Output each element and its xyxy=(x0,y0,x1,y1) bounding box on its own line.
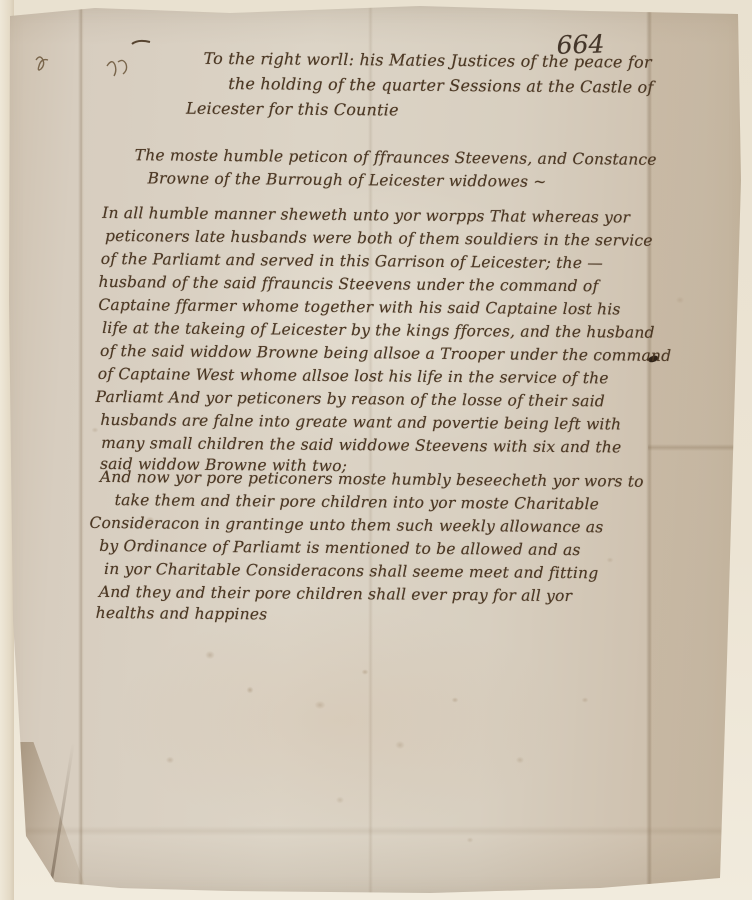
address-line: the holding of the quarter Sessions at t… xyxy=(228,74,653,97)
manuscript-leaf: 664 To the right worll: his Maties Justi… xyxy=(0,0,752,900)
body-line: of the said widdow Browne being allsoe a… xyxy=(100,342,671,365)
body-line: life at the takeing of Leicester by the … xyxy=(102,319,655,342)
handwritten-text-layer: 664 To the right worll: his Maties Justi… xyxy=(0,0,752,900)
body-line: And they and their pore children shall e… xyxy=(99,583,572,605)
body-line: of the Parliamt and served in this Garri… xyxy=(101,250,603,272)
title-line: Browne of the Burrough of Leicester widd… xyxy=(147,169,546,190)
body-line: husband of the said ffrauncis Steevens u… xyxy=(99,273,599,295)
body-line: In all humble manner sheweth unto yor wo… xyxy=(102,204,630,227)
address-line: To the right worll: his Maties Justices … xyxy=(203,49,651,72)
title-line: The moste humble peticon of ffraunces St… xyxy=(135,146,657,169)
body-line: of Captaine West whome allsoe lost his l… xyxy=(98,365,609,387)
body-line: Consideracon in grantinge unto them such… xyxy=(89,514,603,536)
body-line: Captaine ffarmer whome together with his… xyxy=(98,296,620,319)
body-line: take them and their pore children into y… xyxy=(115,491,600,513)
manuscript-photo: 664 To the right worll: his Maties Justi… xyxy=(0,0,752,900)
body-line: by Ordinance of Parliamt is mentioned to… xyxy=(99,537,580,559)
body-line: husbands are falne into greate want and … xyxy=(100,411,621,434)
address-line: Leicester for this Countie xyxy=(186,99,399,120)
body-line: many small children the said widdowe Ste… xyxy=(101,434,621,457)
body-line: And now yor pore peticoners moste humbly… xyxy=(100,468,644,491)
body-line: healths and happines xyxy=(96,604,268,623)
body-line: in yor Charitable Consideracons shall se… xyxy=(104,560,598,582)
body-line: peticoners late husbands were both of th… xyxy=(105,227,653,250)
body-line: Parliamt And yor peticoners by reason of… xyxy=(96,388,606,410)
